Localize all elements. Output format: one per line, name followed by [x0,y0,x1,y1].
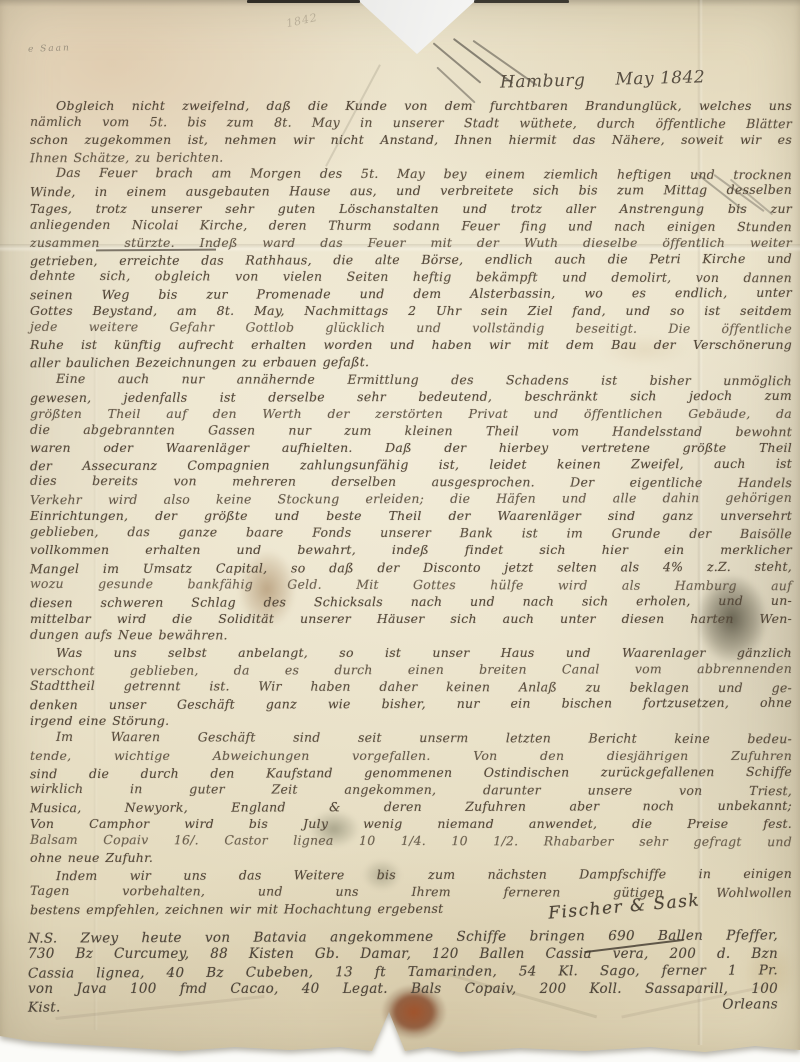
handwritten-line: jede weitere Gefahr Gottlob glücklich un… [30,318,792,337]
handwritten-line: gewesen, jedenfalls ist derselbe sehr be… [30,386,792,405]
pencil-note: e Saan [28,43,71,54]
handwritten-line: Von Camphor wird bis July wenig niemand … [30,815,792,832]
handwritten-line: Tages, trotz unserer sehr guten Löschans… [30,200,792,217]
handwritten-line: sind die durch den Kaufstand genommenen … [30,762,792,781]
handwritten-line: Mangel im Umsatz Capital, so daß der Dis… [30,557,792,576]
handwritten-line: diesen schweren Schlag des Schicksals na… [30,592,792,611]
handwritten-line: schon zugekommen ist, nehmen wir nicht A… [30,131,792,148]
handwritten-line: Gottes Beystand, am 8t. May, Nachmittags… [30,302,792,319]
handwritten-line: die abgebrannten Gassen nur zum kleinen … [30,421,792,440]
handwritten-line: Obgleich nicht zweifelnd, daß die Kunde … [30,97,792,114]
handwritten-line: waren oder Waarenläger aufhielten. Daß d… [30,439,792,456]
handwritten-line: geblieben, das ganze baare Fonds unserer… [30,523,792,542]
paper-shadow-wrap: e Saan 1842 Hamburg May 1842 Obgleich ni… [0,0,800,1062]
dateline-place: Hamburg [500,70,586,92]
aged-paper-sheet: e Saan 1842 Hamburg May 1842 Obgleich ni… [0,0,800,1062]
pencil-year-note: 1842 [285,11,319,30]
handwritten-line: Musica, Newyork, England & deren Zufuhre… [30,797,792,816]
handwritten-line: ohne neue Zufuhr. [30,849,792,866]
top-edge-dark-line [247,0,360,3]
handwritten-line: denken unser Geschäft ganz wie bisher, n… [30,694,792,713]
handwritten-line: tende, wichtige Abweichungen vorgefallen… [30,747,792,764]
postscript-line: Kist. Orleans [28,997,778,1018]
postscript-line: Cassia lignea, 40 Bz Cubeben, 13 ft Tama… [28,962,778,983]
handwritten-line: Balsam Copaiv 16/. Castor lignea 10 1/4.… [30,831,792,850]
handwritten-line: Einrichtungen, der größte und beste Thei… [30,507,792,524]
dateline: Hamburg May 1842 [500,67,706,92]
letter-scan: e Saan 1842 Hamburg May 1842 Obgleich ni… [0,0,800,1062]
handwritten-line: Eine auch nur annähernde Ermittlung des … [30,369,792,388]
handwritten-line: seinen Weg bis zur Promenade und dem Als… [30,284,792,303]
postscript-line: von Java 100 fmd Cacao, 40 Legat. Bals C… [28,981,778,998]
top-edge-dark-line [474,0,569,3]
dateline-date: May 1842 [615,67,705,89]
handwritten-line: aller baulichen Bezeichnungen zu erbauen… [30,352,792,371]
handwritten-line: mittelbar wird die Solidität unserer Häu… [30,610,792,627]
handwritten-line: Verkehr wird also keine Stockung erleide… [30,489,792,508]
handwritten-line: größten Theil auf den Werth der zerstört… [30,405,792,422]
handwritten-line: Im Waaren Geschäft sind seit unserm letz… [30,728,792,747]
postscript-line: N.S. Zwey heute von Batavia angekommene … [28,927,778,948]
handwritten-line: anliegenden Nicolai Kirche, deren Thurm … [30,215,792,234]
handwritten-line: wirklich in guter Zeit angekommen, darun… [30,780,792,799]
handwritten-line: irgend eine Störung. [30,712,792,729]
postscript-line: 730 Bz Curcumey, 88 Kisten Gb. Damar, 12… [28,946,778,963]
handwritten-line: dungen aufs Neue bewähren. [30,626,792,645]
handwritten-line: nämlich vom 5t. bis zum 8t. May in unser… [30,113,792,132]
handwritten-line: Winde, in einem ausgebauten Hause aus, u… [30,181,792,200]
handwritten-line: Was uns selbst anbelangt, so ist unser H… [30,644,792,661]
handwritten-line: Ruhe ist künftig aufrecht erhalten worde… [30,336,792,353]
pencil-scribble [433,42,482,83]
letter-body: Obgleich nicht zweifelnd, daß die Kunde … [30,97,792,918]
handwritten-line: wozu gesunde bankfähig Geld. Mit Gottes … [30,574,792,593]
handwritten-line: vollkommen erhalten und bewahrt, indeß f… [30,541,792,558]
